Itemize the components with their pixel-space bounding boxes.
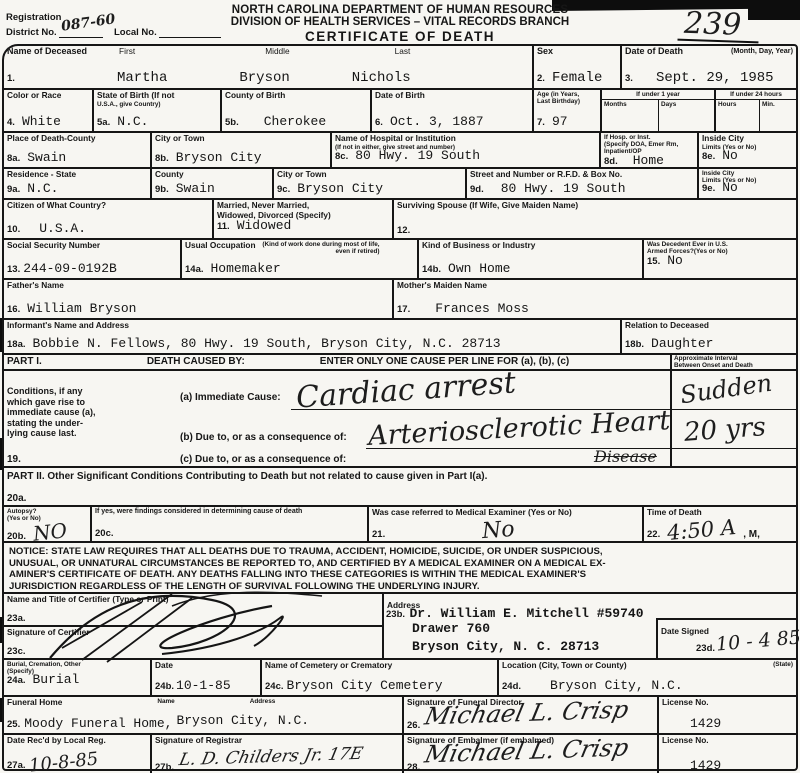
certificate-body: Name of Deceased First Middle Last 1. Ma… xyxy=(2,44,798,771)
residence-street-value: 80 Hwy. 19 South xyxy=(501,181,626,196)
certificate-number: 239 xyxy=(677,9,759,44)
row-name: Name of Deceased First Middle Last 1. Ma… xyxy=(4,46,796,90)
date-of-birth-label: Date of Birth xyxy=(375,91,529,101)
location-label: Location (City, Town or County) xyxy=(502,661,627,671)
field-death-city-limits: Inside City Limits (Yes or No) 8e. No xyxy=(699,133,796,167)
field-funeral-director-signature: Signature of Funeral Director 26. Michae… xyxy=(404,697,659,733)
field-8e-number: 8e. xyxy=(702,151,715,162)
residence-county-value: Swain xyxy=(176,181,215,196)
findings-label: If yes, were findings considered in dete… xyxy=(95,508,364,515)
field-14b-number: 14b. xyxy=(422,264,441,275)
conditions-line-4: stating the under- xyxy=(7,418,173,429)
interval-a-value: Sudden xyxy=(679,369,774,410)
date-of-death-label: Date of Death xyxy=(625,47,683,57)
field-24c-number: 24c. xyxy=(265,681,284,692)
field-date-of-death: Date of Death (Month, Day, Year) 3. Sept… xyxy=(622,46,796,88)
interval-b-line xyxy=(672,448,796,449)
title-line-1: NORTH CAROLINA DEPARTMENT OF HUMAN RESOU… xyxy=(150,4,650,16)
interval-label-1: Approximate Interval xyxy=(674,355,794,362)
field-9b-number: 9b. xyxy=(155,184,169,195)
interval-label-2: Between Onset and Death xyxy=(674,362,794,369)
field-autopsy: Autopsy? (Yes or No) 20b. NO xyxy=(4,507,92,541)
field-16-number: 16. xyxy=(7,304,20,315)
date-of-birth-value: Oct. 3, 1887 xyxy=(390,114,484,129)
under-24-hours-label: If under 24 hours xyxy=(716,90,796,100)
citizen-label: Citizen of What Country? xyxy=(7,201,209,211)
embalmer-license-value: 1429 xyxy=(690,758,721,773)
autopsy-label: Autopsy? xyxy=(7,508,87,515)
part1-header-left: PART I. DEATH CAUSED BY: ENTER ONLY ONE … xyxy=(4,355,670,369)
hosp-inst-value: Home xyxy=(633,153,664,168)
field-8c-number: 8c. xyxy=(335,151,348,162)
days-label: Days xyxy=(659,100,714,131)
occupation-label: Usual Occupation xyxy=(185,241,256,255)
field-mother-name: Mother's Maiden Name 17. Frances Moss xyxy=(394,280,796,318)
field-residence-city: City or Town 9c. Bryson City xyxy=(274,169,467,198)
field-20c-number: 20c. xyxy=(95,528,114,539)
part1-header: PART I. DEATH CAUSED BY: ENTER ONLY ONE … xyxy=(4,355,796,371)
residence-county-label: County xyxy=(155,170,269,180)
hours-label: Hours xyxy=(716,100,760,131)
death-limits-value: No xyxy=(722,148,738,163)
name-label: Name of Deceased xyxy=(7,47,87,57)
place-of-death-county-label: Place of Death-County xyxy=(7,134,147,144)
interval-a-line xyxy=(672,409,796,410)
field-director-license: License No. 1429 xyxy=(659,697,796,733)
field-8d-number: 8d. xyxy=(604,156,618,167)
field-county-of-birth: County of Birth 5b. Cherokee xyxy=(222,90,372,131)
time-of-death-suffix: , M, xyxy=(743,529,760,540)
field-4-number: 4. xyxy=(7,117,15,128)
informant-value: Bobbie N. Fellows, 80 Hwy. 19 South, Bry… xyxy=(33,336,501,351)
cause-lines: (a) Immediate Cause: Cardiac arrest (b) … xyxy=(176,371,670,466)
race-value: White xyxy=(22,114,61,129)
location-value: Bryson City, N.C. xyxy=(550,678,683,693)
date-signed-value: 10 - 4 85 xyxy=(715,626,800,655)
row-birth: Color or Race 4. White State of Birth (I… xyxy=(4,90,796,133)
cause-b-label: (b) Due to, or as a consequence of: xyxy=(180,433,347,443)
field-24d-number: 24d. xyxy=(502,681,521,692)
funeral-home-address-label: Address xyxy=(250,698,276,708)
residence-city-label: City or Town xyxy=(277,170,462,180)
field-marital-status: Married, Never Married, Widowed, Divorce… xyxy=(214,200,394,238)
field-19-number: 19. xyxy=(7,454,173,465)
field-18a-number: 18a. xyxy=(7,339,26,350)
field-if-under-24-hours: If under 24 hours Hours Min. xyxy=(716,90,796,131)
certifier-address-line-2: Drawer 760 xyxy=(412,621,490,636)
row-informant: Informant's Name and Address 18a. Bobbie… xyxy=(4,320,796,355)
field-hosp-or-inst: If Hosp. or Inst. (Specify DOA, Emer Rm,… xyxy=(601,133,699,167)
min-label: Min. xyxy=(760,100,796,131)
title-line-2: DIVISION OF HEALTH SERVICES – VITAL RECO… xyxy=(150,16,650,28)
death-city-value: Bryson City xyxy=(176,150,262,165)
burial-type-label: Burial, Cremation, Other xyxy=(7,661,147,668)
conditions-line-1: Conditions, if any xyxy=(7,386,173,397)
field-surviving-spouse: Surviving Spouse (If Wife, Give Maiden N… xyxy=(394,200,796,238)
date-signed-label: Date Signed xyxy=(661,626,709,636)
field-date-signed: Date Signed 23d. 10 - 4 85 xyxy=(656,618,796,658)
field-name-of-deceased: Name of Deceased First Middle Last 1. Ma… xyxy=(4,46,534,88)
time-of-death-value: 4:50 A xyxy=(666,515,737,545)
conditions-line-5: lying cause last. xyxy=(7,428,173,439)
field-23d-number: 23d. xyxy=(696,643,715,654)
funeral-home-label: Funeral Home xyxy=(7,698,62,708)
middle-name-value: Bryson xyxy=(239,70,289,86)
field-8a-number: 8a. xyxy=(7,153,20,164)
armed-forces-label: Was Decedent Ever in U.S. xyxy=(647,241,793,248)
field-ssn: Social Security Number 13. 244-09-0192B xyxy=(4,240,182,278)
conditions-line-3: immediate cause (a), xyxy=(7,407,173,418)
field-funeral-home: Funeral Home Name Address 25. Moody Fune… xyxy=(4,697,404,733)
date-of-death-value: Sept. 29, 1985 xyxy=(656,70,774,86)
field-hospital: Name of Hospital or Institution (If not … xyxy=(332,133,601,167)
row-autopsy: Autopsy? (Yes or No) 20b. NO If yes, wer… xyxy=(4,507,796,543)
state-of-birth-label: State of Birth (If not xyxy=(97,91,217,101)
field-20a-number: 20a. xyxy=(7,493,793,504)
row-citizen: Citizen of What Country? 10. U.S.A. Marr… xyxy=(4,200,796,240)
hosp-inst-label: If Hosp. or Inst. xyxy=(604,134,694,141)
field-6-number: 6. xyxy=(375,117,383,128)
state-of-birth-note: U.S.A., give Country) xyxy=(97,101,217,108)
field-registrar-signature: Signature of Registrar 27b. L. D. Childe… xyxy=(152,735,404,773)
enter-one-cause-label: ENTER ONLY ONE CAUSE PER LINE FOR (a), (… xyxy=(320,357,569,367)
age-label: Age (in Years, xyxy=(537,91,597,98)
mother-value: Frances Moss xyxy=(435,301,529,316)
field-date-of-birth: Date of Birth 6. Oct. 3, 1887 xyxy=(372,90,534,131)
sex-value: Female xyxy=(552,70,602,86)
armed-forces-value: No xyxy=(667,253,683,268)
relation-value: Daughter xyxy=(651,336,713,351)
part1-label: PART I. xyxy=(7,357,42,367)
field-embalmer-signature: Signature of Embalmer (if embalmed) 28. … xyxy=(404,735,659,773)
sex-label: Sex xyxy=(537,47,617,57)
part2-content: PART II. Other Significant Conditions Co… xyxy=(4,468,796,505)
residence-limits-label: Inside City xyxy=(702,170,793,177)
notice-section: NOTICE: STATE LAW REQUIRES THAT ALL DEAT… xyxy=(4,543,796,594)
field-embalmer-license: License No. 1429 xyxy=(659,735,796,773)
field-if-under-1-year: If under 1 year Months Days xyxy=(602,90,716,131)
occupation-value: Homemaker xyxy=(211,261,281,276)
cemetery-value: Bryson City Cemetery xyxy=(287,678,443,693)
under-1-year-label: If under 1 year xyxy=(602,90,714,100)
field-occupation: Usual Occupation (Kind of work done duri… xyxy=(182,240,419,278)
field-9e-number: 9e. xyxy=(702,183,715,194)
field-business: Kind of Business or Industry 14b. Own Ho… xyxy=(419,240,644,278)
field-26-number: 26. xyxy=(407,720,420,731)
father-label: Father's Name xyxy=(7,281,389,291)
part2-section: PART II. Other Significant Conditions Co… xyxy=(4,468,796,507)
death-limits-label: Inside City xyxy=(702,134,793,144)
field-time-of-death: Time of Death 22. 4:50 A , M, xyxy=(644,507,796,541)
funeral-home-name-label: Name xyxy=(157,698,174,708)
medical-examiner-value: No xyxy=(481,516,515,543)
business-label: Kind of Business or Industry xyxy=(422,241,639,251)
mother-label: Mother's Maiden Name xyxy=(397,281,793,291)
field-2-number: 2. xyxy=(537,73,545,84)
residence-city-value: Bryson City xyxy=(297,181,383,196)
field-21-number: 21. xyxy=(372,529,385,540)
cause-c-label: (c) Due to, or as a consequence of: xyxy=(180,455,346,465)
interval-b-value: 20 yrs xyxy=(683,412,767,448)
row-burial: Burial, Cremation, Other (Specify) 24a. … xyxy=(4,660,796,697)
conditions-line-2: which gave rise to xyxy=(7,397,173,408)
field-28-number: 28. xyxy=(407,762,420,773)
age-value: 97 xyxy=(552,114,568,129)
field-3-number: 3. xyxy=(625,73,633,84)
row-funeral-home: Funeral Home Name Address 25. Moody Fune… xyxy=(4,697,796,735)
field-date-received: Date Rec'd by Local Reg. 27a. 10-8-85 xyxy=(4,735,152,773)
field-11-number: 11. xyxy=(217,221,230,232)
field-citizen-country: Citizen of What Country? 10. U.S.A. xyxy=(4,200,214,238)
field-22-number: 22. xyxy=(647,529,660,540)
last-name-value: Nichols xyxy=(352,70,411,86)
row-place-of-death: Place of Death-County 8a. Swain City or … xyxy=(4,133,796,169)
cemetery-label: Name of Cemetery or Crematory xyxy=(265,661,494,671)
field-1-number: 1. xyxy=(7,73,15,84)
ssn-label: Social Security Number xyxy=(7,241,177,251)
funeral-home-value: Moody Funeral Home, xyxy=(24,716,172,731)
field-14a-number: 14a. xyxy=(185,264,204,275)
interval-header: Approximate Interval Between Onset and D… xyxy=(670,355,796,369)
field-burial-type: Burial, Cremation, Other (Specify) 24a. … xyxy=(4,660,152,695)
field-age: Age (in Years, Last Birthday) 7. 97 xyxy=(534,90,602,131)
first-label: First xyxy=(119,47,135,57)
field-informant: Informant's Name and Address 18a. Bobbie… xyxy=(4,320,622,353)
place-of-death-county-value: Swain xyxy=(27,150,66,165)
burial-date-label: Date xyxy=(155,661,257,671)
field-residence-state: Residence - State 9a. N.C. xyxy=(4,169,152,198)
business-value: Own Home xyxy=(448,261,510,276)
middle-label: Middle xyxy=(265,47,289,57)
location-state-note: (State) xyxy=(773,661,793,671)
field-9d-number: 9d. xyxy=(470,184,484,195)
state-of-birth-value: N.C. xyxy=(117,114,148,129)
race-label: Color or Race xyxy=(7,91,89,101)
notice-line-1: NOTICE: STATE LAW REQUIRES THAT ALL DEAT… xyxy=(9,546,791,558)
form-title: NORTH CAROLINA DEPARTMENT OF HUMAN RESOU… xyxy=(150,4,650,44)
field-24a-number: 24a. xyxy=(7,675,26,686)
notice-text: NOTICE: STATE LAW REQUIRES THAT ALL DEAT… xyxy=(4,543,796,592)
cause-a-label: (a) Immediate Cause: xyxy=(180,393,281,403)
title-line-3: CERTIFICATE OF DEATH xyxy=(150,29,650,44)
director-license-label: License No. xyxy=(662,698,793,708)
field-13-number: 13. xyxy=(7,264,20,275)
field-7-number: 7. xyxy=(537,117,545,128)
first-name-value: Martha xyxy=(117,70,167,86)
notice-line-3: AMINER'S CERTIFICATE OF DEATH. ANY DEATH… xyxy=(9,569,791,581)
death-certificate-scan: Registration 087-60 District No. Local N… xyxy=(0,0,800,773)
father-value: William Bryson xyxy=(27,301,136,316)
certifier-left: Name and Title of Certifier (Type or Pri… xyxy=(4,594,384,658)
row-ssn: Social Security Number 13. 244-09-0192B … xyxy=(4,240,796,280)
field-relation: Relation to Deceased 18b. Daughter xyxy=(622,320,796,353)
field-5b-number: 5b. xyxy=(225,117,239,128)
burial-date-value: 10-1-85 xyxy=(176,678,231,693)
conditions-note: Conditions, if any which gave rise to im… xyxy=(4,371,176,466)
medical-examiner-label: Was case referred to Medical Examiner (Y… xyxy=(372,508,639,518)
certifier-address-line-3: Bryson City, N. C. 28713 xyxy=(412,639,599,654)
death-caused-by-label: DEATH CAUSED BY: xyxy=(147,357,245,367)
age-label-2: Last Birthday) xyxy=(537,98,597,105)
cause-b-value: Arteriosclerotic Heart xyxy=(367,405,671,452)
field-color-or-race: Color or Race 4. White xyxy=(4,90,94,131)
date-received-label: Date Rec'd by Local Reg. xyxy=(7,736,147,746)
death-city-label: City or Town xyxy=(155,134,327,144)
field-father-name: Father's Name 16. William Bryson xyxy=(4,280,394,318)
hospital-label: Name of Hospital or Institution xyxy=(335,134,596,144)
field-27a-number: 27a. xyxy=(7,760,26,771)
residence-state-value: N.C. xyxy=(27,181,58,196)
field-cemetery-location: Location (City, Town or County) (State) … xyxy=(499,660,796,695)
months-label: Months xyxy=(602,100,659,131)
field-24b-number: 24b. xyxy=(155,681,174,692)
field-23b-number: 23b. xyxy=(386,609,405,620)
field-20b-number: 20b. xyxy=(7,531,26,542)
certifier-right: Address 23b. Dr. William E. Mitchell #59… xyxy=(384,594,796,658)
spouse-label: Surviving Spouse (If Wife, Give Maiden N… xyxy=(397,201,793,211)
embalmer-license-label: License No. xyxy=(662,736,793,746)
field-state-of-birth: State of Birth (If not U.S.A., give Coun… xyxy=(94,90,222,131)
certifier-address-line-1: Dr. William E. Mitchell #59740 xyxy=(409,606,643,621)
funeral-home-city-value: Bryson City, N.C. xyxy=(176,713,309,728)
citizen-value: U.S.A. xyxy=(39,221,86,236)
residence-street-label: Street and Number or R.F.D. & Box No. xyxy=(470,170,694,180)
field-burial-date: Date 24b. 10-1-85 xyxy=(152,660,262,695)
district-no-label: District No. xyxy=(6,27,57,38)
field-27b-number: 27b. xyxy=(155,762,174,773)
interval-values: Sudden 20 yrs xyxy=(670,371,796,466)
field-residence-city-limits: Inside City Limits (Yes or No) 9e. No xyxy=(699,169,796,198)
certifier-signature-scrawl xyxy=(22,588,372,664)
field-12-number: 12. xyxy=(397,225,410,236)
field-15-number: 15. xyxy=(647,256,660,267)
row-residence: Residence - State 9a. N.C. County 9b. Sw… xyxy=(4,169,796,200)
certifier-section: Name and Title of Certifier (Type or Pri… xyxy=(4,594,796,660)
field-findings: If yes, were findings considered in dete… xyxy=(92,507,369,541)
cause-b-value-2: Disease xyxy=(594,447,657,466)
field-10-number: 10. xyxy=(7,224,20,235)
row-registrar: Date Rec'd by Local Reg. 27a. 10-8-85 Si… xyxy=(4,735,796,773)
part2-heading: PART II. Other Significant Conditions Co… xyxy=(7,472,793,482)
field-9c-number: 9c. xyxy=(277,184,290,195)
county-of-birth-value: Cherokee xyxy=(264,114,326,129)
row-parents: Father's Name 16. William Bryson Mother'… xyxy=(4,280,796,320)
date-received-value: 10-8-85 xyxy=(28,748,99,773)
field-death-city: City or Town 8b. Bryson City xyxy=(152,133,332,167)
hospital-value: 80 Hwy. 19 South xyxy=(355,148,480,163)
residence-state-label: Residence - State xyxy=(7,170,147,180)
notice-line-2: UNUSUAL, OR UNNATURAL CIRCUMSTANCES BE R… xyxy=(9,558,791,570)
last-label: Last xyxy=(395,47,411,57)
field-place-of-death-county: Place of Death-County 8a. Swain xyxy=(4,133,152,167)
autopsy-value: NO xyxy=(32,519,68,546)
field-residence-county: County 9b. Swain xyxy=(152,169,274,198)
field-25-number: 25. xyxy=(7,719,20,730)
field-armed-forces: Was Decedent Ever in U.S. Armed Forces?(… xyxy=(644,240,796,278)
burial-type-value: Burial xyxy=(33,672,80,687)
field-8b-number: 8b. xyxy=(155,153,169,164)
relation-label: Relation to Deceased xyxy=(625,321,793,331)
residence-limits-value: No xyxy=(722,180,738,195)
field-residence-street: Street and Number or R.F.D. & Box No. 9d… xyxy=(467,169,699,198)
date-of-death-note: (Month, Day, Year) xyxy=(731,47,793,57)
marital-value: Widowed xyxy=(237,218,292,233)
occupation-note: (Kind of work done during most of life, … xyxy=(260,241,380,255)
field-18b-number: 18b. xyxy=(625,339,644,350)
part1-body: Conditions, if any which gave rise to im… xyxy=(4,371,796,468)
county-of-birth-label: County of Birth xyxy=(225,91,367,101)
field-5a-number: 5a. xyxy=(97,117,110,128)
field-medical-examiner: Was case referred to Medical Examiner (Y… xyxy=(369,507,644,541)
field-sex: Sex 2. Female xyxy=(534,46,622,88)
ssn-value: 244-09-0192B xyxy=(23,261,117,276)
field-cemetery: Name of Cemetery or Crematory 24c. Bryso… xyxy=(262,660,499,695)
director-license-value: 1429 xyxy=(690,716,721,731)
informant-label: Informant's Name and Address xyxy=(7,321,617,331)
field-17-number: 17. xyxy=(397,304,410,315)
field-9a-number: 9a. xyxy=(7,184,20,195)
registration-label: Registration xyxy=(6,12,61,23)
